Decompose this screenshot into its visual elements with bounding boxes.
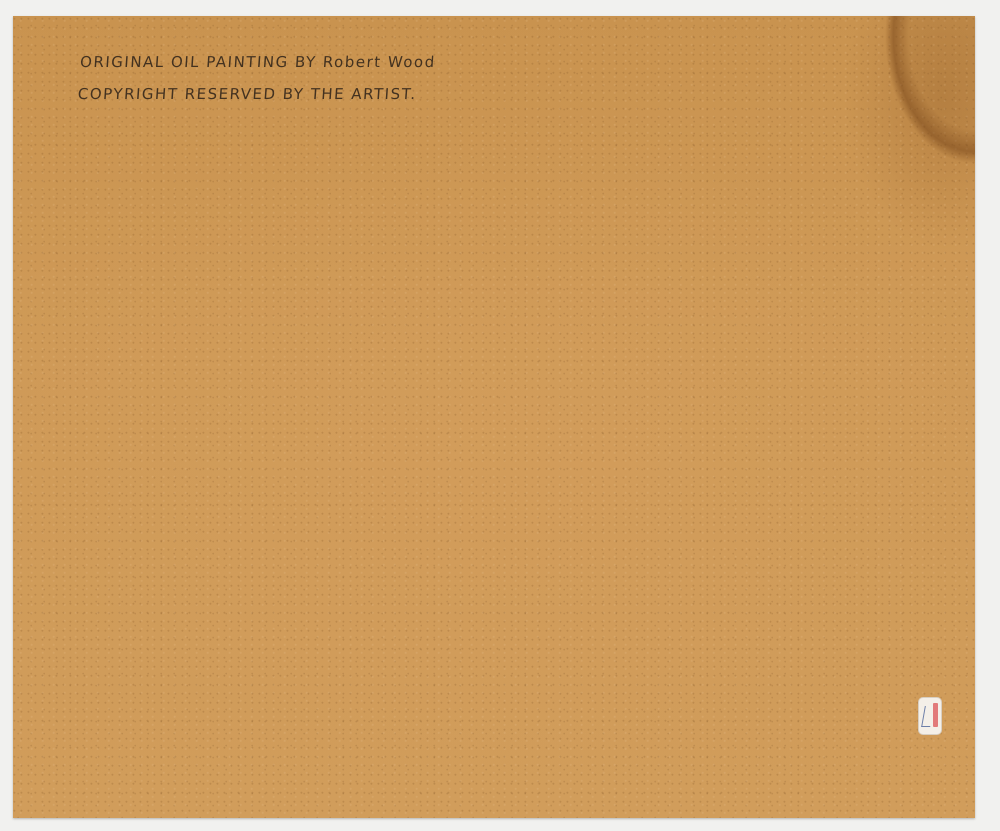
inscription-line-1: ORIGINAL OIL PAINTING BY Robert Wood — [79, 46, 437, 78]
water-stain — [825, 16, 975, 206]
handwritten-inscription: ORIGINAL OIL PAINTING BY Robert Wood COP… — [77, 46, 437, 110]
label-handwriting — [921, 706, 934, 727]
label-red-mark — [933, 703, 938, 727]
hardboard-panel: ORIGINAL OIL PAINTING BY Robert Wood COP… — [13, 16, 975, 818]
inscription-line-2: COPYRIGHT RESERVED BY THE ARTIST. — [77, 78, 435, 110]
sticker-label — [918, 697, 942, 735]
